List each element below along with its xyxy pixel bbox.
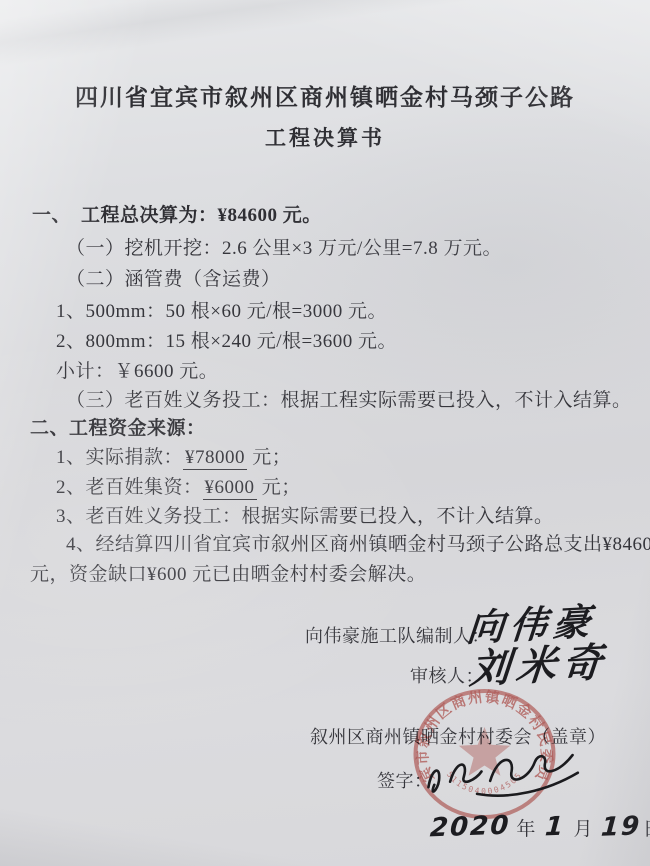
date-day-unit: 日 [643, 819, 650, 840]
section2-item3: 3、老百姓义务投工：根据实际需要已投入，不计入结算。 [56, 501, 554, 528]
section2-heading: 二、工程资金来源： [30, 413, 206, 440]
section2-item4-line1: 4、经结算四川省宜宾市叙州区商州镇晒金村马颈子公路总支出¥84600 [66, 529, 650, 556]
village-signature-scribble [416, 742, 590, 814]
section2-item2: 2、老百姓集资：¥6000 元； [56, 472, 301, 499]
document-title-line2: 工程决算书 [0, 122, 650, 152]
document-title-line1: 四川省宜宾市叙州区商州镇晒金村马颈子公路 [0, 79, 650, 112]
section1-sub1: 1、500mm：50 根×60 元/根=3000 元。 [56, 296, 387, 323]
date-year-unit: 年 [516, 819, 535, 840]
date-line: 2020年1月19日 [430, 812, 650, 842]
section2-item2-suffix: 元； [257, 477, 301, 498]
section2-item1-suffix: 元； [247, 447, 291, 468]
section2-item4-line2: 元，资金缺口¥600 元已由晒金村村委会解决。 [30, 559, 426, 586]
section1-item2: （二）涵管费（含运费） [66, 264, 281, 291]
date-day-handwritten: 19 [599, 811, 641, 842]
date-year-handwritten: 2020 [429, 811, 511, 844]
section1-item1: （一）挖机开挖：2.6 公里×3 万元/公里=7.8 万元。 [66, 233, 502, 260]
maker-label: 向伟豪施工队编制人： [305, 622, 490, 648]
section2-item2-amount: ¥6000 [203, 477, 257, 500]
document-photo: 四川省宜宾市叙州区商州镇晒金村马颈子公路 工程决算书 一、 工程总决算为：¥84… [0, 0, 650, 866]
date-month-handwritten: 1 [544, 812, 566, 843]
date-month-unit: 月 [573, 819, 592, 840]
section1-heading: 一、 工程总决算为：¥84600 元。 [32, 200, 322, 227]
section1-subtotal: 小计：￥6600 元。 [56, 356, 218, 383]
section2-item1-amount: ¥78000 [183, 447, 247, 470]
section1-item3: （三）老百姓义务投工：根据工程实际需要已投入，不计入结算。 [66, 385, 632, 412]
section1-sub2: 2、800mm：15 根×240 元/根=3600 元。 [56, 326, 397, 353]
section2-item1: 1、实际捐款：¥78000 元； [56, 442, 291, 469]
section2-item1-prefix: 1、实际捐款： [56, 447, 183, 468]
section2-item2-prefix: 2、老百姓集资： [56, 477, 203, 498]
